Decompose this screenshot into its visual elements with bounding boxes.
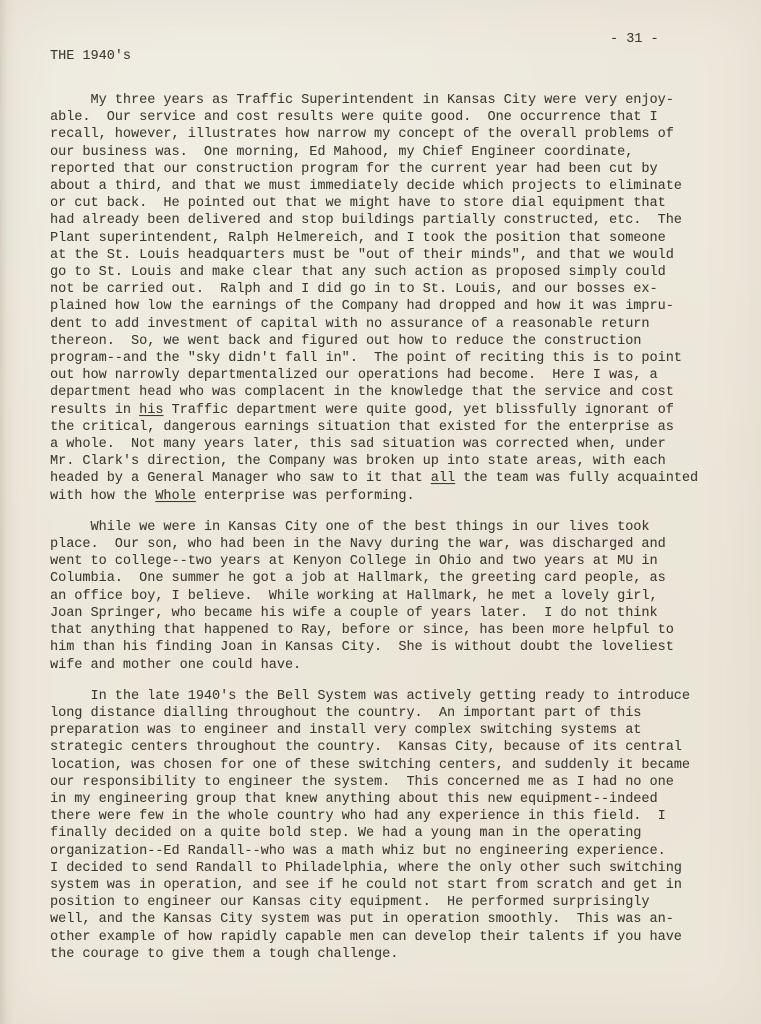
text-line: Columbia. One summer he got a job at Hal… [50, 570, 698, 587]
text-line: organization--Ed Randall--who was a math… [50, 843, 698, 860]
text-segment: place. Our son, who had been in the Navy… [50, 537, 666, 552]
underlined-word: Whole [155, 489, 196, 504]
text-segment: Mr. Clark's direction, the Company was b… [50, 454, 666, 469]
text-line: with how the Whole enterprise was perfor… [50, 488, 698, 505]
text-segment: wife and mother one could have. [50, 658, 301, 673]
text-segment: thereon. So, we went back and figured ou… [50, 334, 641, 349]
text-segment: While we were in Kansas City one of the … [50, 520, 650, 535]
text-segment: position to engineer our Kansas city equ… [50, 895, 650, 910]
text-line: My three years as Traffic Superintendent… [50, 92, 698, 109]
text-line: well, and the Kansas City system was put… [50, 911, 698, 928]
text-segment: a whole. Not many years later, this sad … [50, 437, 666, 452]
text-line: wife and mother one could have. [50, 657, 698, 674]
text-line: about a third, and that we must immediat… [50, 178, 698, 195]
text-line: In the late 1940's the Bell System was a… [50, 688, 698, 705]
text-line: position to engineer our Kansas city equ… [50, 894, 698, 911]
text-line: place. Our son, who had been in the Navy… [50, 536, 698, 553]
text-line: went to college--two years at Kenyon Col… [50, 553, 698, 570]
text-line: preparation was to engineer and install … [50, 722, 698, 739]
text-segment: able. Our service and cost results were … [50, 110, 658, 125]
page-title: THE 1940's [50, 48, 131, 65]
text-segment: an office boy, I believe. While working … [50, 589, 658, 604]
text-segment: headed by a General Manager who saw to i… [50, 471, 431, 486]
text-segment: well, and the Kansas City system was put… [50, 912, 674, 927]
text-line: results in his Traffic department were q… [50, 402, 698, 419]
text-segment: our responsibility to engineer the syste… [50, 775, 674, 790]
text-segment: there were few in the whole country who … [50, 809, 666, 824]
text-line: other example of how rapidly capable men… [50, 929, 698, 946]
text-segment: that anything that happened to Ray, befo… [50, 623, 674, 638]
text-segment: preparation was to engineer and install … [50, 723, 641, 738]
text-segment: Columbia. One summer he got a job at Hal… [50, 571, 666, 586]
text-line: there were few in the whole country who … [50, 808, 698, 825]
text-segment: enterprise was performing. [196, 489, 415, 504]
text-line: finally decided on a quite bold step. We… [50, 825, 698, 842]
text-line: thereon. So, we went back and figured ou… [50, 333, 698, 350]
page-number: - 31 - [610, 31, 659, 48]
text-segment: recall, however, illustrates how narrow … [50, 127, 674, 142]
text-segment: program--and the "sky didn't fall in". T… [50, 351, 682, 366]
text-line: While we were in Kansas City one of the … [50, 519, 698, 536]
text-segment: location, was chosen for one of these sw… [50, 758, 690, 773]
typewritten-page: - 31 - THE 1940's My three years as Traf… [0, 0, 761, 1024]
text-segment: the courage to give them a tough challen… [50, 947, 398, 962]
text-line: Mr. Clark's direction, the Company was b… [50, 453, 698, 470]
text-line: an office boy, I believe. While working … [50, 588, 698, 605]
text-line: our business was. One morning, Ed Mahood… [50, 144, 698, 161]
text-line: a whole. Not many years later, this sad … [50, 436, 698, 453]
text-line: able. Our service and cost results were … [50, 109, 698, 126]
text-segment: go to St. Louis and make clear that any … [50, 265, 666, 280]
underlined-word: all [431, 471, 455, 486]
text-line: headed by a General Manager who saw to i… [50, 470, 698, 487]
text-segment: him than his finding Joan in Kansas City… [50, 640, 674, 655]
text-segment: Traffic department were quite good, yet … [163, 403, 673, 418]
text-segment: plained how low the earnings of the Comp… [50, 299, 674, 314]
text-line: long distance dialling throughout the co… [50, 705, 698, 722]
text-line: the courage to give them a tough challen… [50, 946, 698, 963]
text-line: Plant superintendent, Ralph Helmereich, … [50, 230, 698, 247]
text-line: or cut back. He pointed out that we migh… [50, 195, 698, 212]
text-segment: our business was. One morning, Ed Mahood… [50, 145, 633, 160]
paragraph: While we were in Kansas City one of the … [50, 519, 698, 674]
text-segment: dent to add investment of capital with n… [50, 317, 650, 332]
text-segment: with how the [50, 489, 155, 504]
text-line: location, was chosen for one of these sw… [50, 757, 698, 774]
paragraph: My three years as Traffic Superintendent… [50, 92, 698, 505]
text-segment: department head who was complacent in th… [50, 385, 674, 400]
text-segment: In the late 1940's the Bell System was a… [50, 689, 690, 704]
underlined-word: his [139, 403, 163, 418]
text-segment: organization--Ed Randall--who was a math… [50, 844, 666, 859]
text-segment: Plant superintendent, Ralph Helmereich, … [50, 231, 666, 246]
text-segment: other example of how rapidly capable men… [50, 930, 682, 945]
paragraphs: My three years as Traffic Superintendent… [50, 92, 698, 977]
text-segment: in my engineering group that knew anythi… [50, 792, 658, 807]
text-line: in my engineering group that knew anythi… [50, 791, 698, 808]
text-line: recall, however, illustrates how narrow … [50, 126, 698, 143]
text-segment: results in [50, 403, 139, 418]
text-line: our responsibility to engineer the syste… [50, 774, 698, 791]
text-line: at the St. Louis headquarters must be "o… [50, 247, 698, 264]
text-segment: long distance dialling throughout the co… [50, 706, 641, 721]
text-line: program--and the "sky didn't fall in". T… [50, 350, 698, 367]
text-line: go to St. Louis and make clear that any … [50, 264, 698, 281]
text-line: that anything that happened to Ray, befo… [50, 622, 698, 639]
text-line: I decided to send Randall to Philadelphi… [50, 860, 698, 877]
text-line: not be carried out. Ralph and I did go i… [50, 281, 698, 298]
text-line: system was in operation, and see if he c… [50, 877, 698, 894]
text-line: Joan Springer, who became his wife a cou… [50, 605, 698, 622]
text-segment: strategic centers throughout the country… [50, 740, 682, 755]
text-line: him than his finding Joan in Kansas City… [50, 639, 698, 656]
text-segment: the critical, dangerous earnings situati… [50, 420, 674, 435]
text-segment: went to college--two years at Kenyon Col… [50, 554, 658, 569]
text-segment: out how narrowly departmentalized our op… [50, 368, 658, 383]
text-segment: system was in operation, and see if he c… [50, 878, 682, 893]
text-segment: not be carried out. Ralph and I did go i… [50, 282, 658, 297]
text-segment: I decided to send Randall to Philadelphi… [50, 861, 682, 876]
text-segment: reported that our construction program f… [50, 162, 658, 177]
text-segment: or cut back. He pointed out that we migh… [50, 196, 666, 211]
text-segment: finally decided on a quite bold step. We… [50, 826, 641, 841]
text-segment: about a third, and that we must immediat… [50, 179, 682, 194]
text-line: had already been delivered and stop buil… [50, 212, 698, 229]
text-line: strategic centers throughout the country… [50, 739, 698, 756]
text-line: reported that our construction program f… [50, 161, 698, 178]
text-line: department head who was complacent in th… [50, 384, 698, 401]
text-line: dent to add investment of capital with n… [50, 316, 698, 333]
text-segment: had already been delivered and stop buil… [50, 213, 682, 228]
paragraph: In the late 1940's the Bell System was a… [50, 688, 698, 963]
text-segment: the team was fully acquainted [455, 471, 698, 486]
text-segment: My three years as Traffic Superintendent… [50, 93, 674, 108]
text-line: plained how low the earnings of the Comp… [50, 298, 698, 315]
text-segment: Joan Springer, who became his wife a cou… [50, 606, 658, 621]
text-line: the critical, dangerous earnings situati… [50, 419, 698, 436]
text-line: out how narrowly departmentalized our op… [50, 367, 698, 384]
text-segment: at the St. Louis headquarters must be "o… [50, 248, 674, 263]
